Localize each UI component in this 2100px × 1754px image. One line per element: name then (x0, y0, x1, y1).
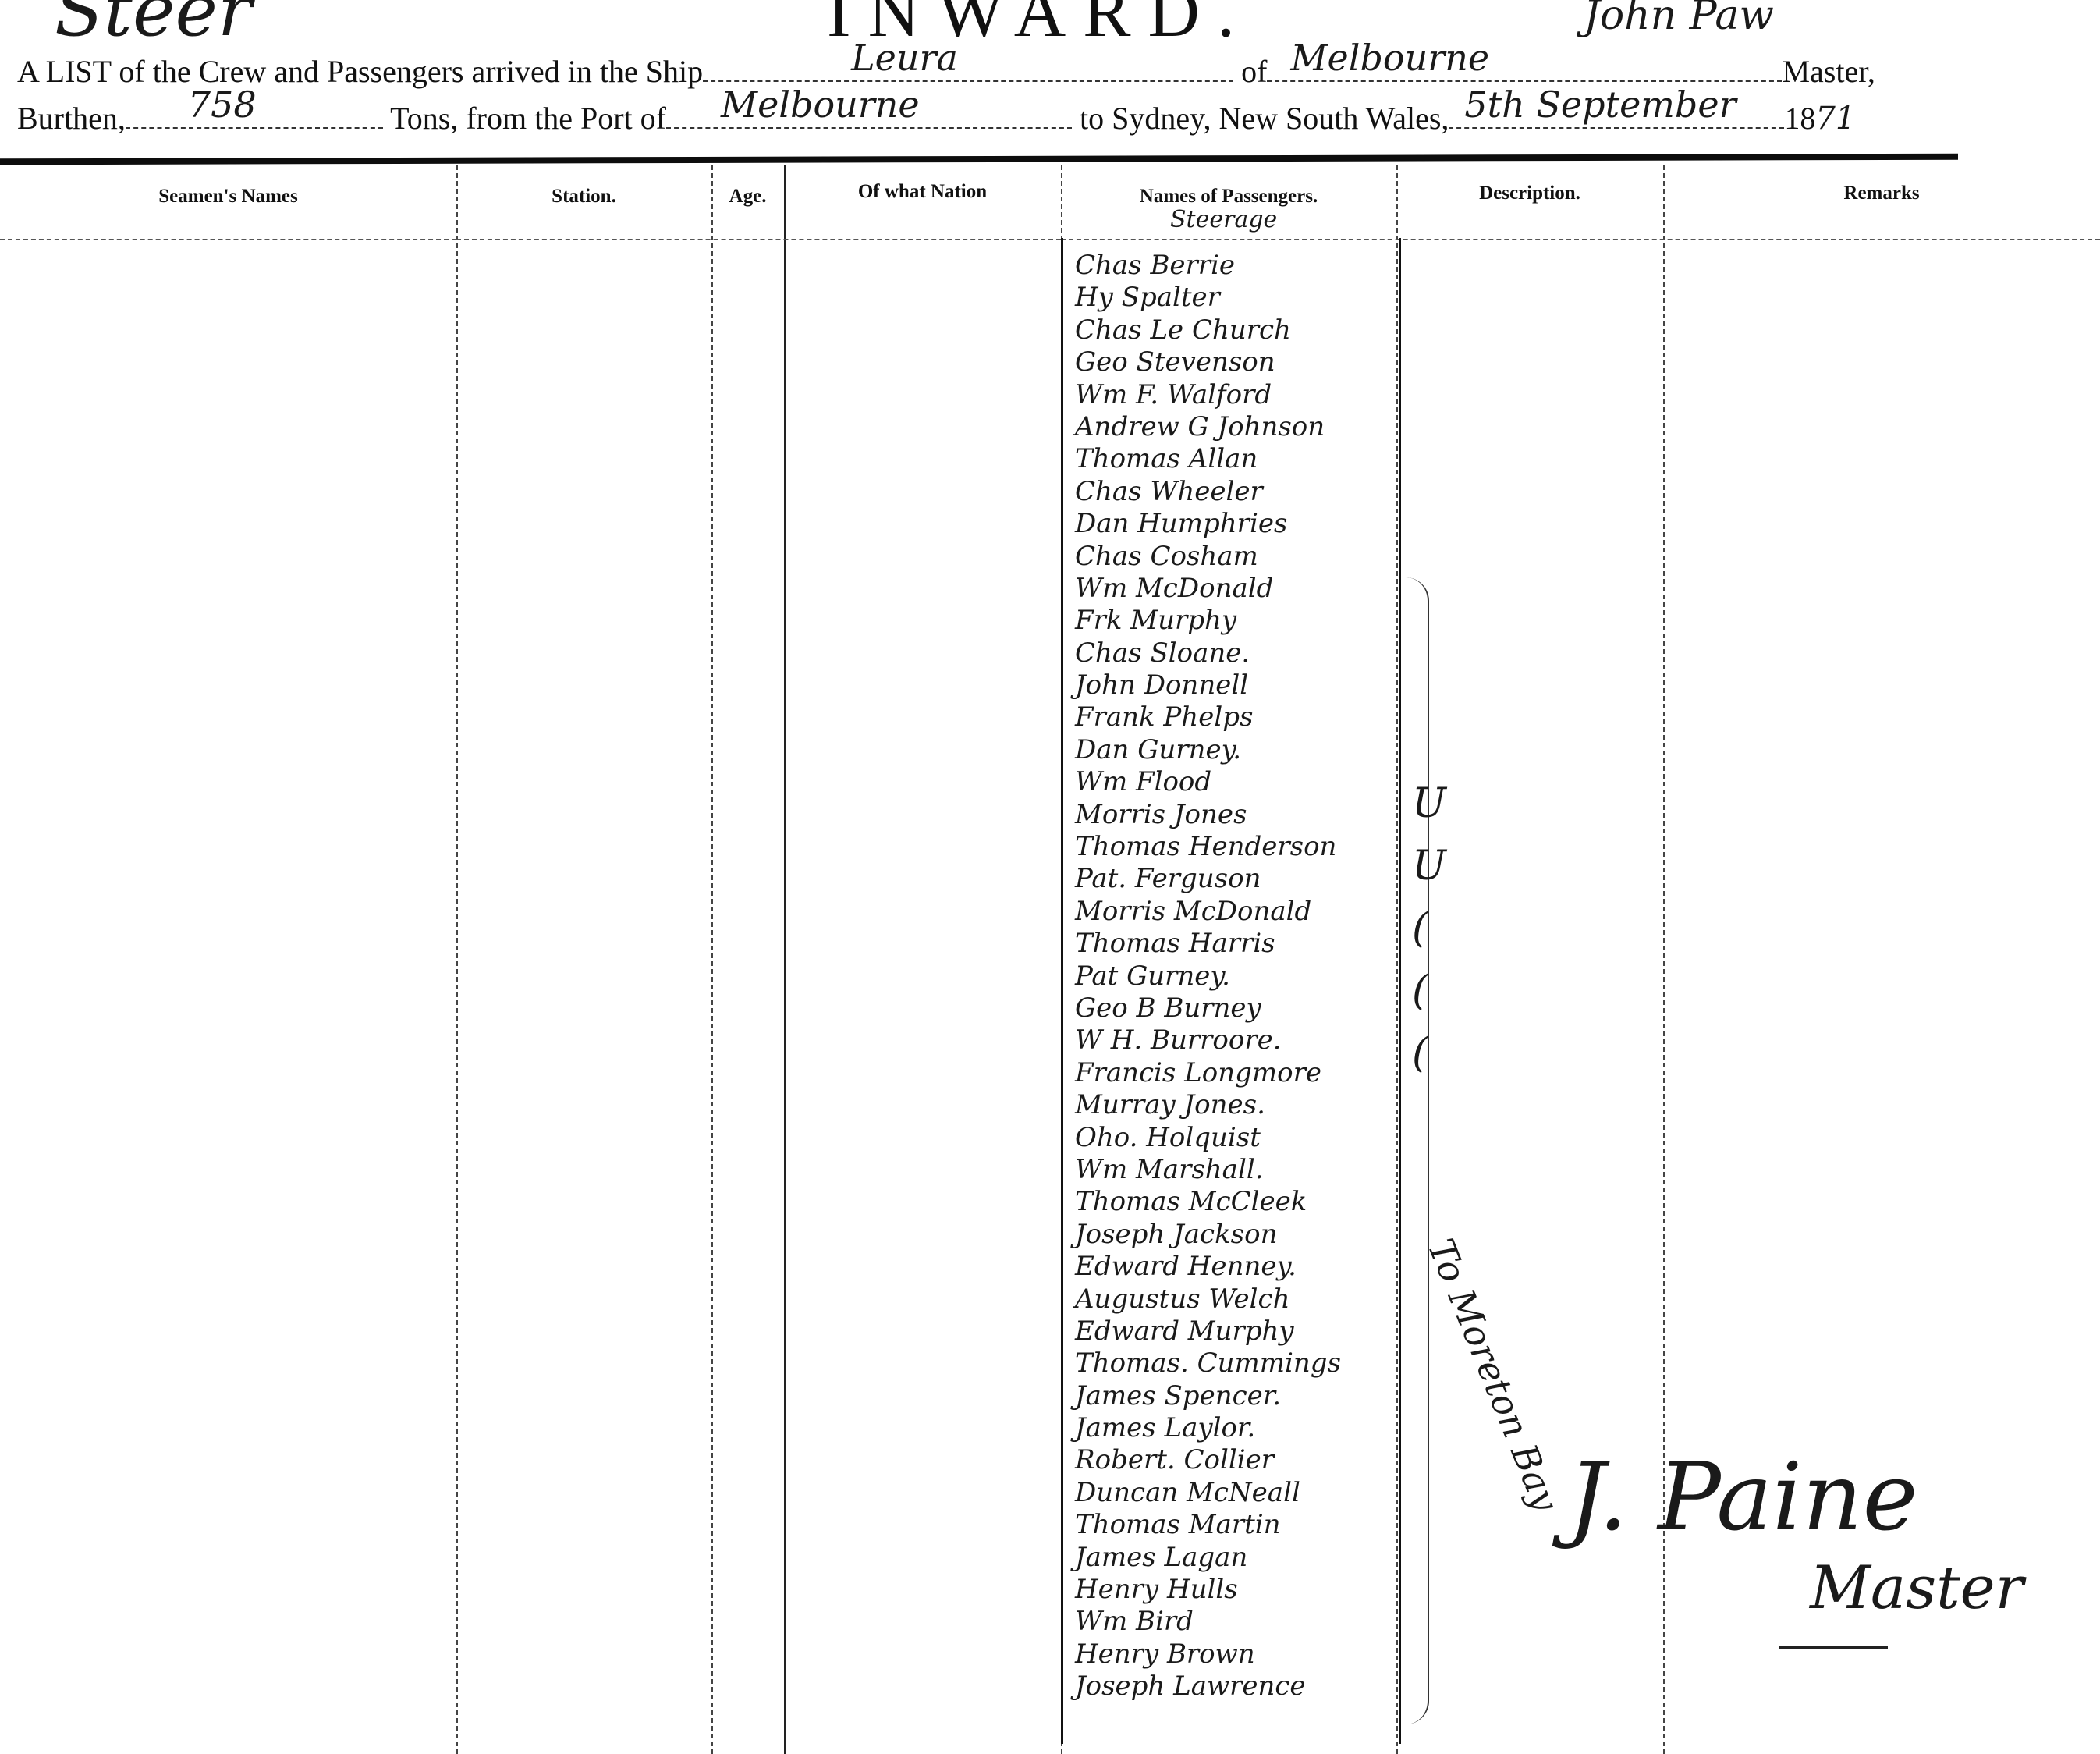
passenger-name: Francis Longmore (1075, 1057, 1341, 1089)
passenger-name: Edward Murphy (1075, 1315, 1341, 1347)
year-prefix: 18 (1784, 101, 1815, 136)
column-header-seamen: Seamen's Names (0, 186, 456, 208)
passenger-name: Chas Le Church (1075, 314, 1341, 346)
passenger-name: James Laylor. (1075, 1412, 1341, 1444)
passenger-name: Wm McDonald (1075, 573, 1341, 605)
ship-line-prefix: A LIST of the Crew and Passengers arrive… (17, 54, 703, 89)
passenger-name: Murray Jones. (1075, 1089, 1341, 1121)
burthen-label: Burthen, (17, 101, 126, 136)
departure-port-value: Melbourne (721, 83, 920, 126)
passenger-name: Thomas McCleek (1075, 1186, 1341, 1218)
ship-name-field: Leura (703, 57, 1233, 82)
passenger-name: Geo B Burney (1075, 992, 1341, 1024)
passenger-name: Dan Gurney. (1075, 734, 1341, 766)
column-divider-age-nation (784, 165, 786, 1754)
passenger-name: Joseph Lawrence (1075, 1671, 1341, 1703)
tons-label: Tons, from the Port of (390, 101, 666, 136)
corner-handwriting: Steer (55, 0, 252, 52)
passenger-name: Thomas. Cummings (1075, 1347, 1341, 1379)
destination-label: to Sydney, New South Wales, (1080, 101, 1449, 136)
passenger-name: Joseph Jackson (1075, 1219, 1341, 1251)
passenger-name: Henry Brown (1075, 1639, 1341, 1671)
departure-port-field: Melbourne (666, 104, 1072, 129)
passenger-name: Oho. Holquist (1075, 1122, 1341, 1154)
home-port-value: Melbourne (1290, 37, 1489, 79)
column-divider-station-age (711, 165, 713, 1754)
column-divider-seamen-station (456, 165, 458, 1754)
passenger-name: Wm Marshall. (1075, 1154, 1341, 1186)
column-header-passengers: Names of Passengers. (1061, 186, 1396, 208)
date-field: 5th September (1449, 104, 1784, 129)
description-tick: ( (1412, 1022, 1446, 1085)
passenger-group-bracket (1396, 577, 1429, 1724)
header-line-voyage: Burthen,758 Tons, from the Port ofMelbou… (17, 100, 1855, 137)
home-port-field: Melbourne (1267, 57, 1782, 82)
passenger-name: Pat Gurney. (1075, 960, 1341, 992)
passenger-name: Augustus Welch (1075, 1284, 1341, 1315)
passenger-name: Morris McDonald (1075, 896, 1341, 928)
header-rule-mid (456, 239, 1061, 240)
passenger-name: Wm Bird (1075, 1606, 1341, 1638)
passenger-name: Frank Phelps (1075, 701, 1341, 733)
passenger-name: Chas Cosham (1075, 541, 1341, 573)
passenger-name: Duncan McNeall (1075, 1477, 1341, 1509)
header-rule-seamen (0, 239, 456, 240)
passenger-name: Thomas Henderson (1075, 831, 1341, 863)
burthen-value: 758 (188, 83, 257, 126)
header-divider (0, 154, 1958, 165)
passenger-name: Wm F. Walford (1075, 379, 1341, 411)
passenger-name: W H. Burroore. (1075, 1024, 1341, 1056)
description-tick: U (1412, 835, 1446, 897)
of-label: of (1241, 54, 1267, 89)
passenger-name: Edward Henney. (1075, 1251, 1341, 1283)
passenger-name: John Donnell (1075, 669, 1341, 701)
passenger-name: James Spencer. (1075, 1380, 1341, 1412)
signature-underline (1779, 1646, 1888, 1649)
passenger-class-label: Steerage (1170, 206, 1277, 233)
passenger-name: James Lagan (1075, 1542, 1341, 1574)
passenger-name: Chas Sloane. (1075, 637, 1341, 669)
passenger-name: Pat. Ferguson (1075, 863, 1341, 895)
description-tick-marks: U U ( ( ( (1412, 772, 1446, 1085)
passenger-name: Morris Jones (1075, 799, 1341, 831)
passenger-name: Frk Murphy (1075, 605, 1341, 637)
passenger-name: Thomas Harris (1075, 928, 1341, 960)
master-signature: J. Paine (1568, 1443, 1918, 1552)
passenger-name: Henry Hulls (1075, 1574, 1341, 1606)
passenger-name: Dan Humphries (1075, 508, 1341, 540)
passenger-name: Chas Wheeler (1075, 476, 1341, 508)
passenger-name: Thomas Martin (1075, 1509, 1341, 1541)
ship-name-value: Leura (851, 37, 958, 79)
master-title: Master (1810, 1553, 2024, 1622)
passenger-name: Wm Flood (1075, 766, 1341, 798)
passenger-name: Hy Spalter (1075, 282, 1341, 314)
column-header-nation: Of what Nation (784, 181, 1061, 203)
passenger-name: Geo Stevenson (1075, 346, 1341, 378)
passenger-list: Chas Berrie Hy Spalter Chas Le Church Ge… (1075, 250, 1341, 1703)
description-tick: ( (1412, 897, 1446, 960)
passenger-name: Chas Berrie (1075, 250, 1341, 282)
master-label: Master, (1782, 54, 1875, 89)
passenger-name: Thomas Allan (1075, 443, 1341, 475)
description-note: To Moreton Bay (1420, 1233, 1567, 1517)
year-value: 71 (1815, 101, 1855, 137)
passenger-name: Andrew G Johnson (1075, 411, 1341, 443)
column-header-age: Age. (711, 186, 784, 208)
column-header-description: Description. (1396, 183, 1663, 204)
description-tick: ( (1412, 960, 1446, 1022)
column-header-remarks: Remarks (1663, 183, 2100, 204)
master-name-handwriting: John Paw (1584, 0, 1774, 39)
date-value: 5th September (1464, 83, 1736, 126)
passenger-name: Robert. Collier (1075, 1444, 1341, 1476)
column-header-station: Station. (456, 186, 711, 208)
burthen-field: 758 (126, 104, 383, 129)
description-tick: U (1412, 772, 1446, 835)
